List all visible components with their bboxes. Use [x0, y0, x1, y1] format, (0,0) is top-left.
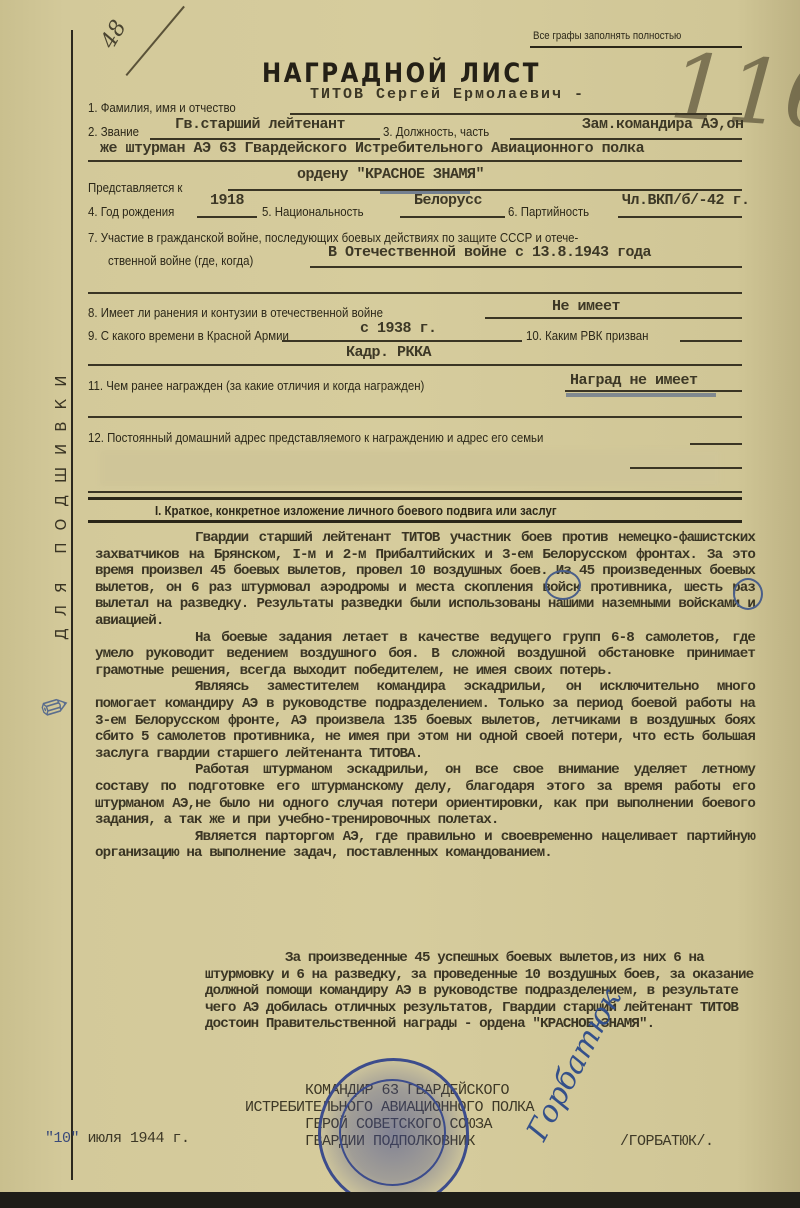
- field-3-label: 3. Должность, часть: [383, 124, 489, 139]
- rule: [282, 340, 522, 342]
- presented-value: ордену "КРАСНОЕ ЗНАМЯ": [297, 166, 484, 183]
- paragraph: На боевые задания летает в качестве веду…: [95, 630, 755, 680]
- ink-circle-6: [733, 578, 763, 610]
- scan-edge: [0, 1192, 800, 1208]
- section-divider-top: [88, 497, 742, 500]
- rule: [400, 216, 505, 218]
- paragraph: Работая штурманом эскадрильи, он все сво…: [95, 762, 755, 828]
- field-6-value: Чл.ВКП/б/-42 г.: [622, 192, 750, 209]
- rule: [88, 364, 742, 366]
- field-11-value: Наград не имеет: [570, 372, 698, 389]
- field-4-label: 4. Год рождения: [88, 204, 174, 219]
- rule: [565, 390, 742, 392]
- field-9-label: 9. С какого времени в Красной Армии: [88, 328, 289, 343]
- side-label: ДЛЯ ПОДШИВКИ: [52, 364, 70, 640]
- rule: [197, 216, 257, 218]
- field-8-label: 8. Имеет ли ранения и контузии в отечест…: [88, 305, 383, 320]
- date-month-year: июля 1944 г.: [88, 1130, 190, 1147]
- field-5-label: 5. Национальность: [262, 204, 364, 219]
- rule: [485, 317, 742, 319]
- ink-circle-45: [545, 570, 581, 600]
- field-6-label: 6. Партийность: [508, 204, 589, 219]
- field-4-value: 1918: [210, 192, 244, 209]
- fill-instruction: Все графы заполнять полностью: [533, 30, 681, 42]
- rule: [88, 292, 742, 294]
- field-9-value: с 1938 г.: [360, 320, 437, 337]
- rule: [618, 216, 742, 218]
- paragraph: Гвардии старший лейтенант ТИТОВ участник…: [95, 530, 755, 630]
- field-3-value: Зам.командира АЭ,он: [582, 116, 744, 133]
- field-10-value: Кадр. РККА: [346, 344, 431, 361]
- rule: [680, 340, 742, 342]
- paragraph: Являясь заместителем командира эскадриль…: [95, 679, 755, 762]
- paragraph: Является парторгом АЭ, где правильно и с…: [95, 829, 755, 862]
- date-day: "10": [45, 1130, 79, 1147]
- date: "10" июля 1944 г.: [45, 1130, 190, 1147]
- merit-description: Гвардии старший лейтенант ТИТОВ участник…: [95, 530, 755, 862]
- rule: [88, 416, 742, 418]
- field-12-label: 12. Постоянный домашний адрес представля…: [88, 430, 543, 445]
- redacted-address: [100, 450, 720, 486]
- field-11-label: 11. Чем ранее награжден (за какие отличи…: [88, 378, 424, 393]
- field-2-label: 2. Звание: [88, 124, 139, 139]
- rule: [88, 160, 742, 162]
- blue-underline: [566, 393, 716, 397]
- conclusion: За произведенные 45 успешных боевых выле…: [205, 950, 765, 1033]
- rule: [290, 113, 742, 115]
- field-7-label-1: 7. Участие в гражданской войне, последую…: [88, 230, 578, 245]
- conclusion-text: За произведенные 45 успешных боевых выле…: [205, 950, 765, 1033]
- rule: [630, 467, 742, 469]
- commander-name: /ГОРБАТЮК/.: [620, 1133, 714, 1150]
- presented-label: Представляется к: [88, 180, 182, 195]
- margin-rule: [71, 30, 73, 1180]
- field-5-value: Белорусс: [414, 192, 482, 209]
- document-title: НАГРАДНОЙ ЛИСТ: [262, 58, 541, 89]
- rule: [228, 189, 742, 191]
- field-7-value: В Отечественной войне с 13.8.1943 года: [328, 244, 651, 261]
- handwritten-number: 116: [667, 34, 800, 151]
- field-3-value-cont: же штурман АЭ 63 Гвардейского Истребител…: [100, 140, 644, 157]
- field-8-value: Не имеет: [552, 298, 620, 315]
- field-1-label: 1. Фамилия, имя и отчество: [88, 100, 236, 115]
- official-stamp: [318, 1058, 469, 1208]
- field-7-label-2: ственной войне (где, когда): [108, 253, 253, 268]
- rule: [88, 491, 742, 493]
- section-divider-bottom: [88, 520, 742, 523]
- section-heading: I. Краткое, конкретное изложение личного…: [155, 503, 557, 518]
- field-1-value: ТИТОВ Сергей Ермолаевич -: [310, 86, 585, 103]
- field-2-value: Гв.старший лейтенант: [175, 116, 345, 133]
- field-10-label: 10. Каким РВК призван: [526, 328, 648, 343]
- rule: [310, 266, 742, 268]
- rule: [690, 443, 742, 445]
